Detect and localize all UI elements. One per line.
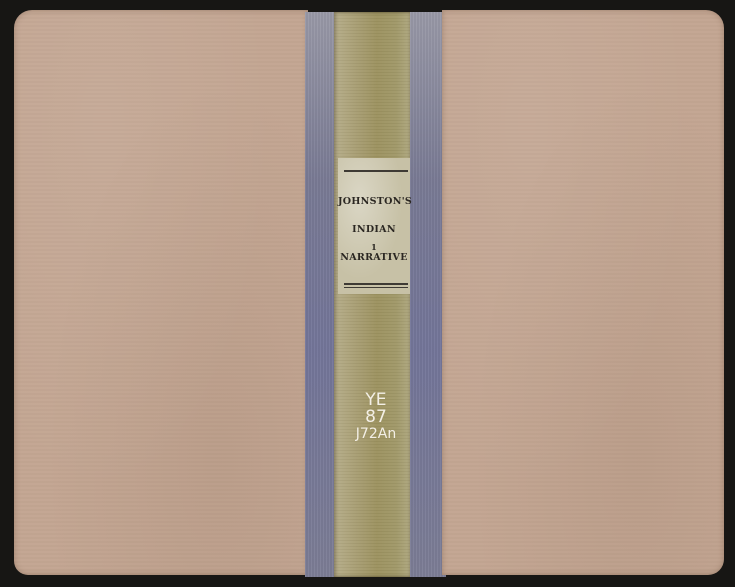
- left-cloth-hinge: [305, 12, 337, 577]
- label-rule-bottom-thin: [344, 287, 408, 288]
- label-volume: 1: [338, 242, 410, 252]
- book-photo: JOHNSTON'S INDIAN 1 NARRATIVE YE 87 J72A…: [0, 0, 735, 587]
- front-cover-board: [442, 10, 724, 575]
- library-call-number: YE 87 J72An: [346, 392, 406, 443]
- label-rule-bottom: [344, 283, 408, 285]
- spine-title-label: JOHNSTON'S INDIAN 1 NARRATIVE: [338, 158, 410, 294]
- call-number-line-3: J72An: [346, 426, 406, 443]
- label-title-word-2: NARRATIVE: [338, 252, 410, 263]
- label-author: JOHNSTON'S: [338, 196, 410, 207]
- right-cloth-hinge: [410, 12, 446, 577]
- label-title-word-1: INDIAN: [338, 224, 410, 235]
- call-number-line-2: 87: [346, 409, 406, 426]
- back-cover-board: [14, 10, 308, 575]
- label-rule-top: [344, 170, 408, 172]
- book-spine: [334, 12, 412, 577]
